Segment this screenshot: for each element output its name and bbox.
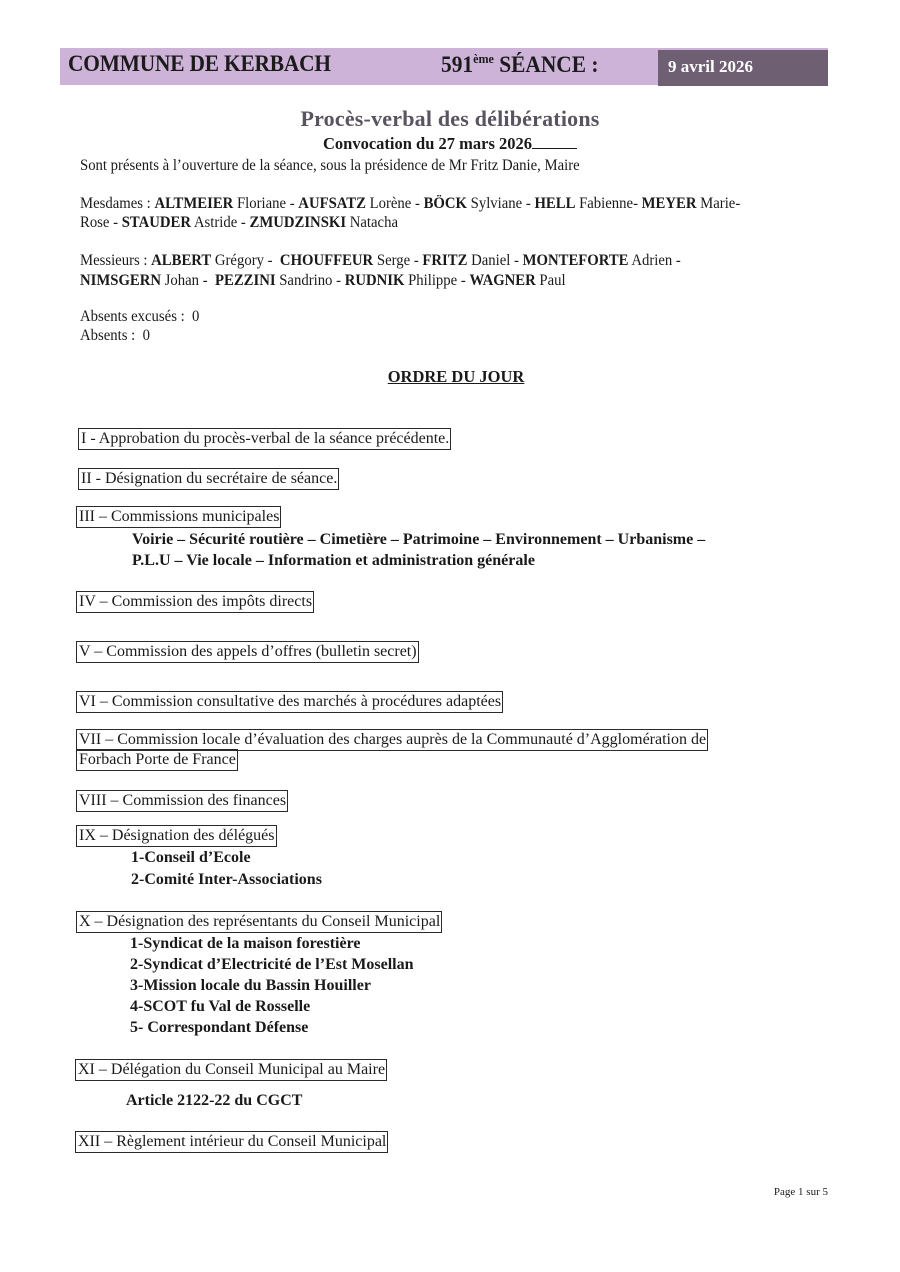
messieurs-line-2: NIMSGERN Johan - PEZZINI Sandrino - RUDN…	[80, 271, 566, 290]
agenda-item-10: X – Désignation des représentants du Con…	[76, 911, 442, 933]
absents-excuses-count: 0	[192, 308, 199, 325]
absents-line: Absents : 0	[80, 326, 150, 345]
agenda-subitem: 3-Mission locale du Bassin Houiller	[130, 975, 371, 996]
mesdames-line-2: Rose - STAUDER Astride - ZMUDZINSKI Nata…	[80, 213, 398, 232]
commune-name: COMMUNE DE KERBACH	[68, 51, 331, 77]
agenda-subitem: 1-Syndicat de la maison forestière	[130, 933, 361, 954]
member-first: Floriane	[237, 195, 286, 212]
agenda-subitem: Article 2122-22 du CGCT	[126, 1090, 302, 1111]
seance-label: SÉANCE :	[499, 52, 598, 77]
member-last: STAUDER	[122, 214, 191, 231]
member-first: Rose	[80, 214, 109, 231]
member-last: NIMSGERN	[80, 272, 161, 289]
member-last: CHOUFFEUR	[280, 252, 373, 269]
agenda-item-8: VIII – Commission des finances	[76, 790, 288, 812]
agenda-item-3: III – Commissions municipales	[76, 506, 281, 528]
member-first: Marie-	[700, 195, 740, 212]
agenda-subitem: 2-Comité Inter-Associations	[131, 869, 322, 890]
absents-excuses-line: Absents excusés : 0	[80, 307, 199, 326]
member-last: MONTEFORTE	[523, 252, 629, 269]
member-first: Daniel	[471, 252, 510, 269]
agenda-item-1: I - Approbation du procès-verbal de la s…	[78, 428, 451, 450]
mesdames-line-1: Mesdames : ALTMEIER Floriane - AUFSATZ L…	[80, 194, 740, 213]
agenda-subitem: 5- Correspondant Défense	[130, 1017, 308, 1038]
mesdames-label: Mesdames :	[80, 195, 151, 212]
agenda-item-7: VII – Commission locale d’évaluation des…	[76, 729, 708, 751]
convocation-line: Convocation du 27 mars 2026	[0, 134, 900, 154]
member-last: RUDNIK	[345, 272, 405, 289]
member-last: ZMUDZINSKI	[250, 214, 347, 231]
agenda-item-2: II - Désignation du secrétaire de séance…	[78, 468, 339, 490]
agenda-item-4: IV – Commission des impôts directs	[76, 591, 314, 613]
seance-date: 9 avril 2026	[668, 57, 753, 77]
member-first: Sylviane	[471, 195, 523, 212]
agenda-item-7-line2: Forbach Porte de France	[76, 749, 238, 771]
agenda-subitem: 4-SCOT fu Val de Rosselle	[130, 996, 310, 1017]
agenda-subitem: 1-Conseil d’Ecole	[131, 847, 251, 868]
agenda-subitem: P.L.U – Vie locale – Information et admi…	[132, 550, 535, 571]
member-last: ALTMEIER	[154, 195, 233, 212]
member-first: Sandrino	[279, 272, 332, 289]
blank-underline	[532, 134, 577, 149]
member-first: Lorène	[370, 195, 412, 212]
member-last: MEYER	[642, 195, 697, 212]
member-first: Philippe	[408, 272, 457, 289]
member-first: Natacha	[350, 214, 398, 231]
member-last: PEZZINI	[215, 272, 276, 289]
messieurs-label: Messieurs :	[80, 252, 147, 269]
presidence-line: Sont présents à l’ouverture de la séance…	[80, 156, 580, 175]
member-first: Grégory	[215, 252, 264, 269]
member-last: AUFSATZ	[298, 195, 366, 212]
member-last: WAGNER	[469, 272, 535, 289]
member-first: Johan	[165, 272, 199, 289]
agenda-item-11: XI – Délégation du Conseil Municipal au …	[75, 1059, 387, 1081]
member-first: Paul	[539, 272, 565, 289]
absents-label: Absents :	[80, 327, 135, 344]
agenda-item-6: VI – Commission consultative des marchés…	[76, 691, 503, 713]
member-first: Fabienne	[579, 195, 633, 212]
agenda-item-9: IX – Désignation des délégués	[76, 825, 277, 847]
agenda-item-5: V – Commission des appels d’offres (bull…	[76, 641, 419, 663]
seance-suffix: ème	[473, 51, 494, 66]
agenda-heading: ORDRE DU JOUR	[0, 367, 900, 387]
member-last: FRITZ	[422, 252, 467, 269]
member-last: BÖCK	[424, 195, 467, 212]
absents-count: 0	[143, 327, 150, 344]
agenda-item-12: XII – Règlement intérieur du Conseil Mun…	[75, 1131, 388, 1153]
date-box: 9 avril 2026	[658, 50, 828, 86]
convocation-text: Convocation du 27 mars 2026	[323, 134, 532, 153]
seance-number-value: 591	[441, 52, 473, 77]
member-first: Astride	[194, 214, 237, 231]
header-band: COMMUNE DE KERBACH 591ème SÉANCE : 9 avr…	[60, 48, 828, 85]
absents-excuses-label: Absents excusés :	[80, 308, 185, 325]
seance-number: 591ème SÉANCE :	[441, 51, 598, 78]
messieurs-line-1: Messieurs : ALBERT Grégory - CHOUFFEUR S…	[80, 251, 681, 270]
member-last: HELL	[534, 195, 575, 212]
member-first: Adrien	[631, 252, 672, 269]
agenda-subitem: 2-Syndicat d’Electricité de l’Est Mosell…	[130, 954, 414, 975]
member-last: ALBERT	[151, 252, 211, 269]
document-title: Procès-verbal des délibérations	[0, 106, 900, 132]
page-number: Page 1 sur 5	[774, 1186, 828, 1198]
member-first: Serge	[377, 252, 410, 269]
agenda-subitem: Voirie – Sécurité routière – Cimetière –…	[132, 529, 705, 550]
